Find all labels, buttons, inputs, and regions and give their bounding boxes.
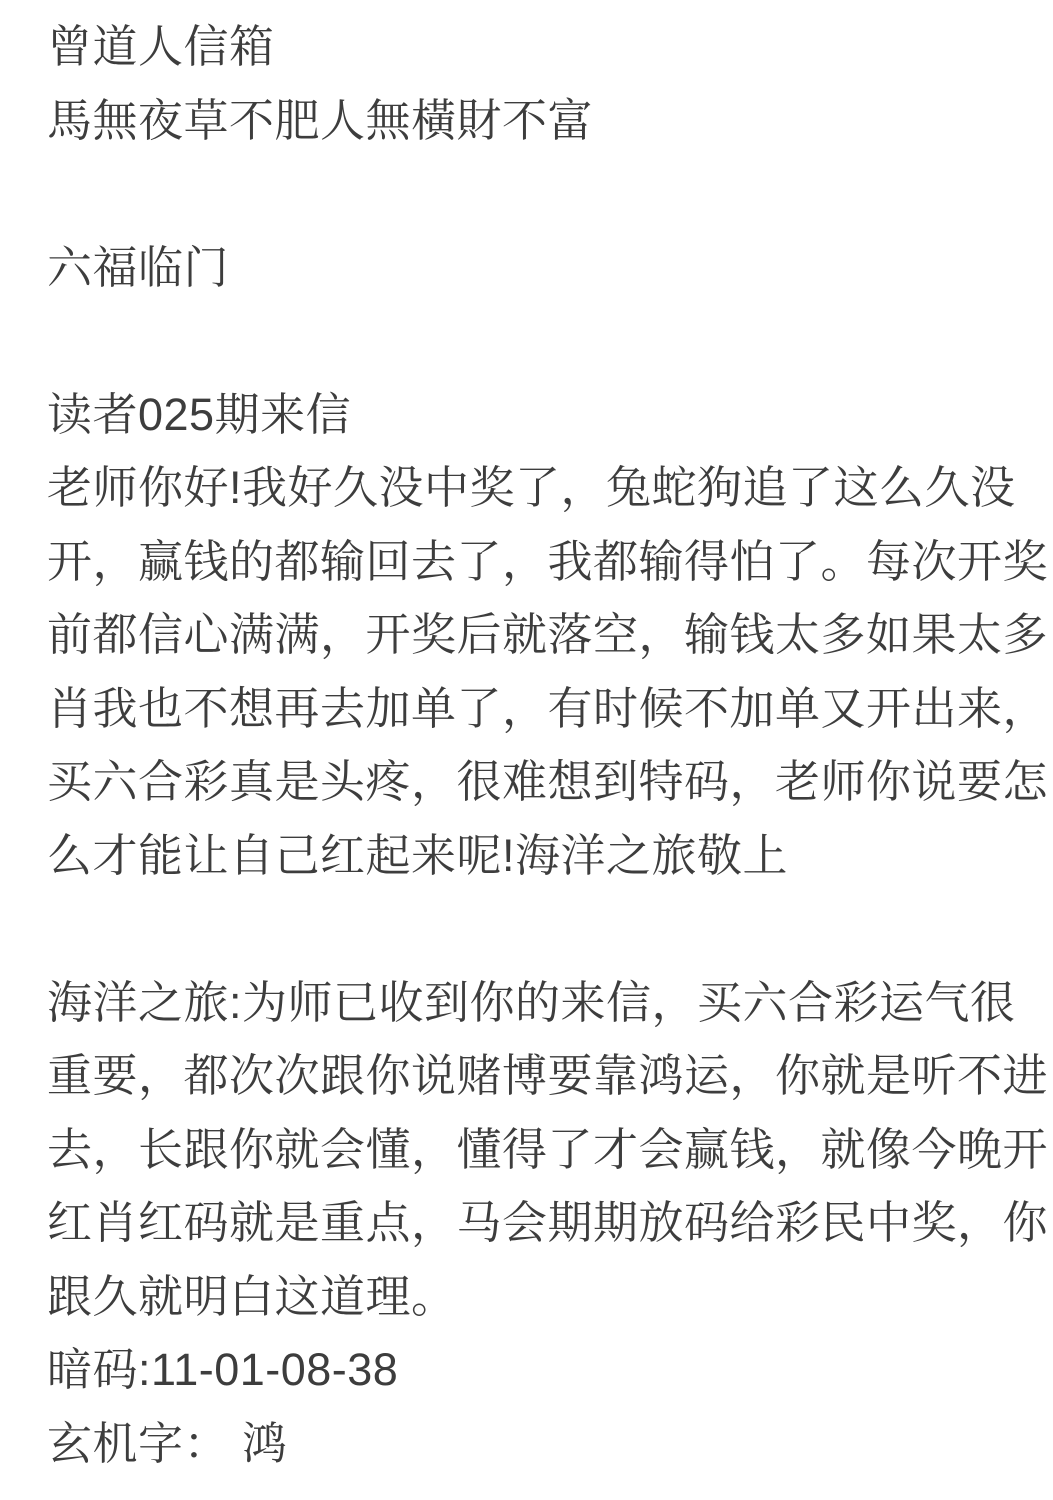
- letter-line: 肖我也不想再去加单了，有时候不加单又开出来，: [47, 672, 1015, 746]
- mystery-word: 玄机字： 鸿: [47, 1407, 1015, 1481]
- blank-line: [47, 157, 1015, 231]
- letter-heading: 读者025期来信: [47, 378, 1015, 452]
- article-page: 曾道人信箱 馬無夜草不肥人無橫財不富 六福临门 读者025期来信 老师你好!我好…: [0, 0, 1053, 1500]
- letter-line: 开，赢钱的都输回去了，我都输得怕了。每次开奖: [47, 525, 1015, 599]
- blank-line: [47, 892, 1015, 966]
- secret-code: 暗码:11-01-08-38: [47, 1333, 1015, 1407]
- reply-line: 跟久就明白这道理。: [47, 1260, 1015, 1334]
- reply-line: 重要，都次次跟你说赌博要靠鸿运，你就是听不进: [47, 1039, 1015, 1113]
- reply-line: 红肖红码就是重点，马会期期放码给彩民中奖，你: [47, 1186, 1015, 1260]
- blank-line: [47, 304, 1015, 378]
- column-title: 曾道人信箱: [47, 10, 1015, 84]
- column-motto: 馬無夜草不肥人無橫財不富: [47, 84, 1015, 158]
- letter-line: 前都信心满满，开奖后就落空，输钱太多如果太多: [47, 598, 1015, 672]
- reply-line: 海洋之旅:为师已收到你的来信，买六合彩运气很: [47, 966, 1015, 1040]
- reply-line: 去，长跟你就会懂，懂得了才会赢钱，就像今晚开: [47, 1113, 1015, 1187]
- letter-line: 么才能让自己红起来呢!海洋之旅敬上: [47, 819, 1015, 893]
- section-title: 六福临门: [47, 231, 1015, 305]
- letter-line: 买六合彩真是头疼，很难想到特码，老师你说要怎: [47, 745, 1015, 819]
- letter-line: 老师你好!我好久没中奖了，兔蛇狗追了这么久没: [47, 451, 1015, 525]
